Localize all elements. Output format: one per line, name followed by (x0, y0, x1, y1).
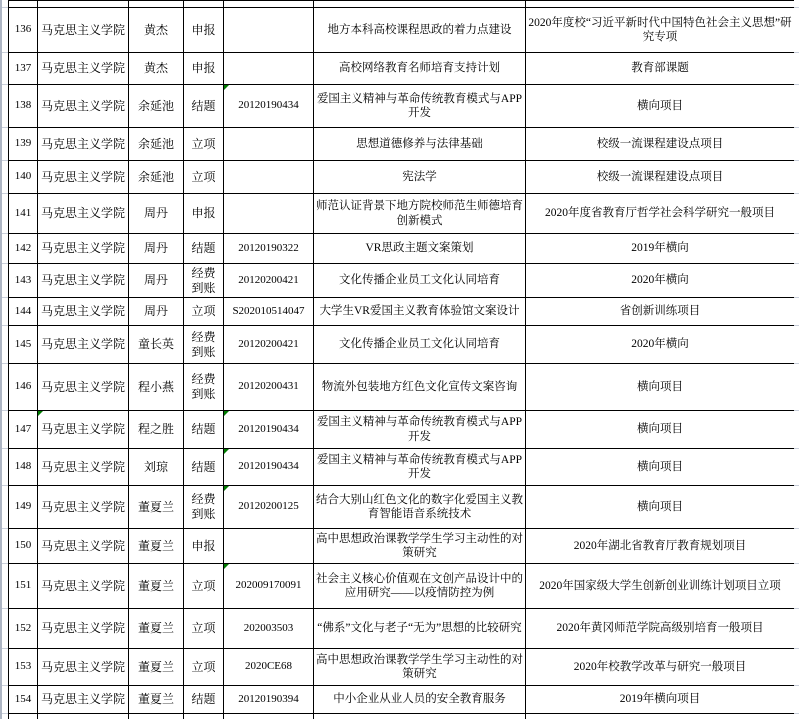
cell-text: 爱国主义精神与革命传统教育模式与APP开发 (317, 416, 522, 442)
cell-no[interactable]: 138 (9, 85, 38, 128)
cell-text: 经费到账 (191, 266, 215, 295)
gridline-stub (794, 485, 799, 486)
cell-text: 153 (15, 660, 32, 672)
cell-project_no[interactable] (224, 161, 314, 194)
cell-title[interactable]: 社会主义核心价值观在文创产品设计中的应用研究——以疫情防控为例 (314, 564, 526, 609)
cell-text: 童长英 (138, 337, 174, 351)
cell-text: 申报 (191, 23, 215, 37)
gridline-stub (794, 363, 799, 364)
cell-name[interactable]: 黄杰 (129, 53, 184, 85)
gridline-stub (794, 448, 799, 449)
partial-cell (38, 714, 129, 719)
cell-college[interactable]: 马克思主义学院 (38, 529, 129, 564)
cell-text: 2019年横向项目 (620, 693, 701, 705)
cell-text: 校级一流课程建设点项目 (597, 171, 724, 183)
cell-no[interactable]: 145 (9, 326, 38, 364)
cell-text: 横向项目 (637, 461, 683, 473)
cell-name[interactable]: 余延池 (129, 161, 184, 194)
cell-text: 横向项目 (637, 100, 683, 112)
cell-text: 申报 (191, 539, 215, 553)
cell-status[interactable]: 经费到账 (184, 326, 224, 364)
cell-college[interactable]: 马克思主义学院 (38, 486, 129, 529)
cell-project_no[interactable]: 20120190394 (224, 686, 314, 714)
cell-no[interactable]: 142 (9, 234, 38, 264)
cell-text: 20120200125 (238, 500, 299, 512)
cell-category[interactable]: 校级一流课程建设点项目 (526, 128, 795, 161)
cell-text: 校级一流课程建设点项目 (597, 138, 724, 150)
cell-text: 马克思主义学院 (41, 539, 125, 553)
cell-text: 横向项目 (637, 501, 683, 513)
gridline-stub (794, 410, 799, 411)
gridline-stub (794, 297, 799, 298)
cell-text: 余延池 (138, 99, 174, 113)
cell-title[interactable]: 高中思想政治课教学学生学习主动性的对策研究 (314, 529, 526, 564)
cell-no[interactable]: 154 (9, 686, 38, 714)
cell-name[interactable]: 周丹 (129, 264, 184, 298)
right-gridline-strip (794, 0, 799, 719)
cell-status[interactable]: 经费到账 (184, 486, 224, 529)
cell-status[interactable]: 申报 (184, 53, 224, 85)
cell-no[interactable]: 150 (9, 529, 38, 564)
cell-title[interactable]: “佛系”文化与老子“无为”思想的比较研究 (314, 609, 526, 649)
cell-category[interactable]: 2020年校教学改革与研究一般项目 (526, 649, 795, 686)
cell-text: 申报 (191, 206, 215, 220)
cell-text: 20120190434 (238, 99, 299, 111)
cell-text: 经费到账 (191, 330, 215, 359)
gridline-stub (794, 160, 799, 161)
partial-cell (314, 714, 526, 719)
gridline-stub (794, 608, 799, 609)
cell-name[interactable]: 董夏兰 (129, 529, 184, 564)
cell-no[interactable]: 149 (9, 486, 38, 529)
cell-text: 中小企业从业人员的安全教育服务 (333, 693, 506, 705)
cell-text: 2020年国家级大学生创新创业训练计划项目立项 (539, 580, 781, 592)
cell-name[interactable]: 程之胜 (129, 411, 184, 449)
cell-text: 结合大别山红色文化的数字化爱国主义教育智能语音系统技术 (316, 494, 523, 520)
gridline-stub (794, 685, 799, 686)
cell-college[interactable]: 马克思主义学院 (38, 686, 129, 714)
cell-text: 结题 (191, 99, 215, 113)
cell-text: 立项 (191, 170, 215, 184)
cell-status[interactable]: 申报 (184, 194, 224, 234)
cell-title[interactable]: 文化传播企业员工文化认同培育 (314, 326, 526, 364)
cell-college[interactable]: 马克思主义学院 (38, 128, 129, 161)
cell-project_no[interactable]: 20120200431 (224, 364, 314, 411)
cell-no[interactable]: 147 (9, 411, 38, 449)
gridline-stub (794, 325, 799, 326)
cell-text: 立项 (191, 137, 215, 151)
table-row: 144马克思主义学院周丹立项S202010514047大学生VR爱国主义教育体验… (9, 298, 795, 326)
cell-name[interactable]: 程小燕 (129, 364, 184, 411)
cell-text: 爱国主义精神与革命传统教育模式与APP开发 (317, 93, 522, 119)
cell-text: 教育部课题 (631, 62, 689, 74)
cell-status[interactable]: 结题 (184, 85, 224, 128)
cell-text: 马克思主义学院 (41, 621, 125, 635)
cell-college[interactable]: 马克思主义学院 (38, 264, 129, 298)
cell-text: 20120190394 (238, 693, 299, 705)
error-indicator-icon (38, 411, 43, 416)
cell-text: 147 (15, 423, 32, 435)
gridline-stub (794, 84, 799, 85)
partial-cell (184, 1, 224, 8)
cell-project_no[interactable]: 20120200421 (224, 264, 314, 298)
cell-text: 马克思主义学院 (41, 273, 125, 287)
cell-title[interactable]: 结合大别山红色文化的数字化爱国主义教育智能语音系统技术 (314, 486, 526, 529)
cell-text: 140 (15, 170, 32, 182)
table-row: 138马克思主义学院余延池结题20120190434爱国主义精神与革命传统教育模… (9, 85, 795, 128)
cell-text: 202003503 (244, 622, 294, 634)
table-row: 142马克思主义学院周丹结题20120190322VR思政主题文案策划2019年… (9, 234, 795, 264)
cell-text: 2020CE68 (245, 660, 292, 672)
cell-text: 2019年横向 (631, 242, 689, 254)
cell-category[interactable]: 2020年度省教育厅哲学社会科学研究一般项目 (526, 194, 795, 234)
cell-no[interactable]: 151 (9, 564, 38, 609)
cell-name[interactable]: 董夏兰 (129, 564, 184, 609)
cell-text: 立项 (191, 621, 215, 635)
cell-text: 师范认证背景下地方院校师范生师德培育创新模式 (316, 200, 523, 226)
cell-name[interactable]: 董夏兰 (129, 609, 184, 649)
cell-text: 马克思主义学院 (41, 500, 125, 514)
cell-college[interactable]: 马克思主义学院 (38, 326, 129, 364)
cell-text: 马克思主义学院 (41, 304, 125, 318)
cell-text: 马克思主义学院 (41, 61, 125, 75)
gridline-stub (794, 193, 799, 194)
partial-cell (184, 714, 224, 719)
cell-no[interactable]: 136 (9, 8, 38, 53)
cell-text: 202009170091 (236, 579, 302, 591)
cell-text: 周丹 (144, 206, 168, 220)
cell-text: 145 (15, 338, 32, 350)
cell-name[interactable]: 周丹 (129, 234, 184, 264)
cell-status[interactable]: 结题 (184, 449, 224, 486)
table-row: 143马克思主义学院周丹经费到账20120200421文化传播企业员工文化认同培… (9, 264, 795, 298)
cell-text: 结题 (191, 692, 215, 706)
table-row: 139马克思主义学院余延池立项思想道德修养与法律基础校级一流课程建设点项目 (9, 128, 795, 161)
cell-status[interactable]: 申报 (184, 529, 224, 564)
table-row: 148马克思主义学院刘琼结题20120190434爱国主义精神与革命传统教育模式… (9, 449, 795, 486)
cell-text: 董夏兰 (138, 579, 174, 593)
cell-no[interactable]: 141 (9, 194, 38, 234)
cell-name[interactable]: 董夏兰 (129, 686, 184, 714)
cell-status[interactable]: 经费到账 (184, 264, 224, 298)
cell-category[interactable]: 校级一流课程建设点项目 (526, 161, 795, 194)
cell-category[interactable]: 教育部课题 (526, 53, 795, 85)
cell-text: 黄杰 (144, 61, 168, 75)
cell-text: 138 (15, 99, 32, 111)
cell-category[interactable]: 横向项目 (526, 486, 795, 529)
cell-title[interactable]: 爱国主义精神与革命传统教育模式与APP开发 (314, 85, 526, 128)
cell-text: 经费到账 (191, 372, 215, 401)
cell-text: 余延池 (138, 137, 174, 151)
cell-category[interactable]: 2019年横向项目 (526, 686, 795, 714)
cell-status[interactable]: 立项 (184, 128, 224, 161)
cell-text: 董夏兰 (138, 621, 174, 635)
cell-text: 2020年校教学改革与研究一般项目 (574, 661, 747, 673)
cell-text: 马克思主义学院 (41, 99, 125, 113)
error-indicator-icon (224, 564, 229, 569)
cell-text: 马克思主义学院 (41, 460, 125, 474)
cell-name[interactable]: 周丹 (129, 298, 184, 326)
partial-cell (38, 1, 129, 8)
cell-text: 2020年度省教育厅哲学社会科学研究一般项目 (545, 207, 775, 219)
partial-cell (224, 1, 314, 8)
cell-text: 144 (15, 305, 32, 317)
cell-project_no[interactable] (224, 53, 314, 85)
cell-project_no[interactable]: 2020CE68 (224, 649, 314, 686)
cell-college[interactable]: 马克思主义学院 (38, 298, 129, 326)
cell-text: 马克思主义学院 (41, 660, 125, 674)
cell-no[interactable]: 140 (9, 161, 38, 194)
cell-college[interactable]: 马克思主义学院 (38, 649, 129, 686)
cell-text: 高校网络教育名师培育支持计划 (339, 62, 500, 74)
partial-cell (9, 714, 38, 719)
cell-text: 马克思主义学院 (41, 579, 125, 593)
cell-college[interactable]: 马克思主义学院 (38, 234, 129, 264)
cell-title[interactable]: 地方本科高校课程思政的着力点建设 (314, 8, 526, 53)
cell-status[interactable]: 申报 (184, 8, 224, 53)
cell-title[interactable]: 爱国主义精神与革命传统教育模式与APP开发 (314, 411, 526, 449)
cell-text: 马克思主义学院 (41, 380, 125, 394)
partial-cell (314, 1, 526, 8)
cell-text: 周丹 (144, 304, 168, 318)
table-row: 151马克思主义学院董夏兰立项202009170091社会主义核心价值观在文创产… (9, 564, 795, 609)
cell-category[interactable]: 横向项目 (526, 411, 795, 449)
cell-text: 思想道德修养与法律基础 (356, 138, 483, 150)
cell-text: 横向项目 (637, 423, 683, 435)
partial-row (9, 1, 795, 8)
cell-project_no[interactable]: 20120190434 (224, 411, 314, 449)
table-row: 136马克思主义学院黄杰申报地方本科高校课程思政的着力点建设2020年度校“习近… (9, 8, 795, 53)
cell-status[interactable]: 立项 (184, 609, 224, 649)
cell-status[interactable]: 立项 (184, 298, 224, 326)
cell-text: 董夏兰 (138, 692, 174, 706)
cell-name[interactable]: 周丹 (129, 194, 184, 234)
error-indicator-icon (224, 486, 229, 491)
cell-text: 2020年横向 (631, 274, 689, 286)
cell-college[interactable]: 马克思主义学院 (38, 449, 129, 486)
cell-project_no[interactable]: 20120200125 (224, 486, 314, 529)
cell-text: 143 (15, 274, 32, 286)
cell-project_no[interactable]: S202010514047 (224, 298, 314, 326)
cell-status[interactable]: 结题 (184, 686, 224, 714)
cell-text: 20120200421 (238, 274, 299, 286)
projects-table: 136马克思主义学院黄杰申报地方本科高校课程思政的着力点建设2020年度校“习近… (8, 0, 795, 719)
cell-title[interactable]: 高校网络教育名师培育支持计划 (314, 53, 526, 85)
cell-title[interactable]: 师范认证背景下地方院校师范生师德培育创新模式 (314, 194, 526, 234)
cell-title[interactable]: 文化传播企业员工文化认同培育 (314, 264, 526, 298)
cell-college[interactable]: 马克思主义学院 (38, 8, 129, 53)
table-row: 149马克思主义学院董夏兰经费到账20120200125结合大别山红色文化的数字… (9, 486, 795, 529)
partial-cell (526, 1, 795, 8)
cell-title[interactable]: 大学生VR爱国主义教育体验馆文案设计 (314, 298, 526, 326)
cell-category[interactable]: 2020年横向 (526, 264, 795, 298)
cell-text: 周丹 (144, 241, 168, 255)
cell-text: 地方本科高校课程思政的着力点建设 (328, 24, 512, 36)
cell-text: 高中思想政治课教学学生学习主动性的对策研究 (316, 654, 523, 680)
cell-title[interactable]: 爱国主义精神与革命传统教育模式与APP开发 (314, 449, 526, 486)
cell-status[interactable]: 经费到账 (184, 364, 224, 411)
cell-category[interactable]: 2019年横向 (526, 234, 795, 264)
cell-project_no[interactable]: 20120190434 (224, 449, 314, 486)
cell-text: 马克思主义学院 (41, 692, 125, 706)
table-body: 136马克思主义学院黄杰申报地方本科高校课程思政的着力点建设2020年度校“习近… (9, 1, 795, 719)
cell-text: 文化传播企业员工文化认同培育 (339, 274, 500, 286)
table-row: 154马克思主义学院董夏兰结题20120190394中小企业从业人员的安全教育服… (9, 686, 795, 714)
cell-text: 董夏兰 (138, 539, 174, 553)
cell-category[interactable]: 2020年横向 (526, 326, 795, 364)
cell-text: 结题 (191, 422, 215, 436)
cell-name[interactable]: 董夏兰 (129, 486, 184, 529)
gridline-stub (794, 52, 799, 53)
cell-name[interactable]: 余延池 (129, 85, 184, 128)
cell-title[interactable]: VR思政主题文案策划 (314, 234, 526, 264)
cell-title[interactable]: 中小企业从业人员的安全教育服务 (314, 686, 526, 714)
cell-text: 2020年黄冈师范学院高级别培育一般项目 (557, 622, 764, 634)
error-indicator-icon (224, 85, 229, 90)
left-gridline-strip (0, 0, 8, 719)
cell-text: 余延池 (138, 170, 174, 184)
cell-college[interactable]: 马克思主义学院 (38, 411, 129, 449)
cell-text: 立项 (191, 579, 215, 593)
cell-text: 申报 (191, 61, 215, 75)
cell-project_no[interactable] (224, 194, 314, 234)
cell-text: 马克思主义学院 (41, 206, 125, 220)
cell-no[interactable]: 148 (9, 449, 38, 486)
spreadsheet-view: 136马克思主义学院黄杰申报地方本科高校课程思政的着力点建设2020年度校“习近… (0, 0, 799, 719)
cell-college[interactable]: 马克思主义学院 (38, 564, 129, 609)
cell-text: 马克思主义学院 (41, 170, 125, 184)
cell-title[interactable]: 宪法学 (314, 161, 526, 194)
cell-name[interactable]: 童长英 (129, 326, 184, 364)
cell-no[interactable]: 152 (9, 609, 38, 649)
cell-status[interactable]: 立项 (184, 649, 224, 686)
cell-title[interactable]: 思想道德修养与法律基础 (314, 128, 526, 161)
cell-no[interactable]: 153 (9, 649, 38, 686)
cell-category[interactable]: 2020年度校“习近平新时代中国特色社会主义思想”研究专项 (526, 8, 795, 53)
cell-status[interactable]: 立项 (184, 564, 224, 609)
gridline-stub (794, 233, 799, 234)
partial-row (9, 714, 795, 719)
cell-status[interactable]: 立项 (184, 161, 224, 194)
cell-project_no[interactable] (224, 529, 314, 564)
cell-category[interactable]: 省创新训练项目 (526, 298, 795, 326)
cell-text: 大学生VR爱国主义教育体验馆文案设计 (320, 305, 520, 317)
cell-text: 148 (15, 460, 32, 472)
cell-text: “佛系”文化与老子“无为”思想的比较研究 (317, 622, 521, 634)
cell-text: 139 (15, 137, 32, 149)
cell-text: 刘琼 (144, 460, 168, 474)
cell-no[interactable]: 144 (9, 298, 38, 326)
cell-text: 20120190322 (238, 242, 299, 254)
cell-status[interactable]: 结题 (184, 411, 224, 449)
cell-college[interactable]: 马克思主义学院 (38, 161, 129, 194)
cell-title[interactable]: 物流外包装地方红色文化宣传文案咨询 (314, 364, 526, 411)
cell-text: 黄杰 (144, 23, 168, 37)
cell-college[interactable]: 马克思主义学院 (38, 609, 129, 649)
cell-category[interactable]: 2020年黄冈师范学院高级别培育一般项目 (526, 609, 795, 649)
cell-category[interactable]: 2020年国家级大学生创新创业训练计划项目立项 (526, 564, 795, 609)
cell-project_no[interactable]: 202009170091 (224, 564, 314, 609)
cell-college[interactable]: 马克思主义学院 (38, 194, 129, 234)
partial-cell (129, 1, 184, 8)
table-row: 147马克思主义学院程之胜结题20120190434爱国主义精神与革命传统教育模… (9, 411, 795, 449)
table-row: 153马克思主义学院董夏兰立项2020CE68高中思想政治课教学学生学习主动性的… (9, 649, 795, 686)
cell-no[interactable]: 139 (9, 128, 38, 161)
cell-text: 宪法学 (402, 171, 437, 183)
cell-text: 结题 (191, 460, 215, 474)
cell-category[interactable]: 横向项目 (526, 449, 795, 486)
gridline-stub (794, 648, 799, 649)
gridline-stub (794, 7, 799, 8)
cell-project_no[interactable]: 202003503 (224, 609, 314, 649)
cell-text: 2020年湖北省教育厅教育规划项目 (574, 540, 747, 552)
cell-project_no[interactable]: 20120190434 (224, 85, 314, 128)
cell-category[interactable]: 2020年湖北省教育厅教育规划项目 (526, 529, 795, 564)
gridline-stub (794, 713, 799, 714)
cell-text: 20120200421 (238, 338, 299, 350)
cell-name[interactable]: 黄杰 (129, 8, 184, 53)
cell-text: 省创新训练项目 (620, 305, 701, 317)
cell-text: 文化传播企业员工文化认同培育 (339, 338, 500, 350)
cell-text: 高中思想政治课教学学生学习主动性的对策研究 (316, 533, 523, 559)
partial-cell (129, 714, 184, 719)
cell-text: 立项 (191, 304, 215, 318)
cell-text: 立项 (191, 660, 215, 674)
cell-name[interactable]: 余延池 (129, 128, 184, 161)
cell-text: 20120200431 (238, 380, 299, 392)
cell-name[interactable]: 董夏兰 (129, 649, 184, 686)
cell-text: 2020年横向 (631, 338, 689, 350)
error-indicator-icon (224, 449, 229, 454)
cell-text: 程之胜 (138, 422, 174, 436)
cell-title[interactable]: 高中思想政治课教学学生学习主动性的对策研究 (314, 649, 526, 686)
cell-text: 2020年度校“习近平新时代中国特色社会主义思想”研究专项 (528, 17, 791, 43)
cell-text: 马克思主义学院 (41, 137, 125, 151)
cell-text: 社会主义核心价值观在文创产品设计中的应用研究——以疫情防控为例 (316, 573, 523, 599)
cell-college[interactable]: 马克思主义学院 (38, 53, 129, 85)
cell-no[interactable]: 146 (9, 364, 38, 411)
cell-text: 149 (15, 500, 32, 512)
cell-college[interactable]: 马克思主义学院 (38, 364, 129, 411)
cell-project_no[interactable] (224, 128, 314, 161)
cell-text: 爱国主义精神与革命传统教育模式与APP开发 (317, 454, 522, 480)
cell-text: 程小燕 (138, 380, 174, 394)
cell-category[interactable]: 横向项目 (526, 364, 795, 411)
cell-status[interactable]: 结题 (184, 234, 224, 264)
cell-text: 董夏兰 (138, 500, 174, 514)
cell-text: 马克思主义学院 (41, 23, 125, 37)
cell-text: VR思政主题文案策划 (366, 242, 474, 254)
error-indicator-icon (224, 411, 229, 416)
cell-text: 146 (15, 380, 32, 392)
cell-text: S202010514047 (232, 305, 304, 317)
cell-category[interactable]: 横向项目 (526, 85, 795, 128)
cell-college[interactable]: 马克思主义学院 (38, 85, 129, 128)
table-row: 145马克思主义学院童长英经费到账20120200421文化传播企业员工文化认同… (9, 326, 795, 364)
cell-project_no[interactable]: 20120200421 (224, 326, 314, 364)
gridline-stub (794, 528, 799, 529)
cell-project_no[interactable]: 20120190322 (224, 234, 314, 264)
cell-project_no[interactable] (224, 8, 314, 53)
gridline-stub (794, 563, 799, 564)
cell-text: 141 (15, 207, 32, 219)
cell-text: 马克思主义学院 (41, 337, 125, 351)
cell-no[interactable]: 143 (9, 264, 38, 298)
cell-name[interactable]: 刘琼 (129, 449, 184, 486)
cell-text: 154 (15, 693, 32, 705)
gridline-stub (794, 263, 799, 264)
cell-no[interactable]: 137 (9, 53, 38, 85)
